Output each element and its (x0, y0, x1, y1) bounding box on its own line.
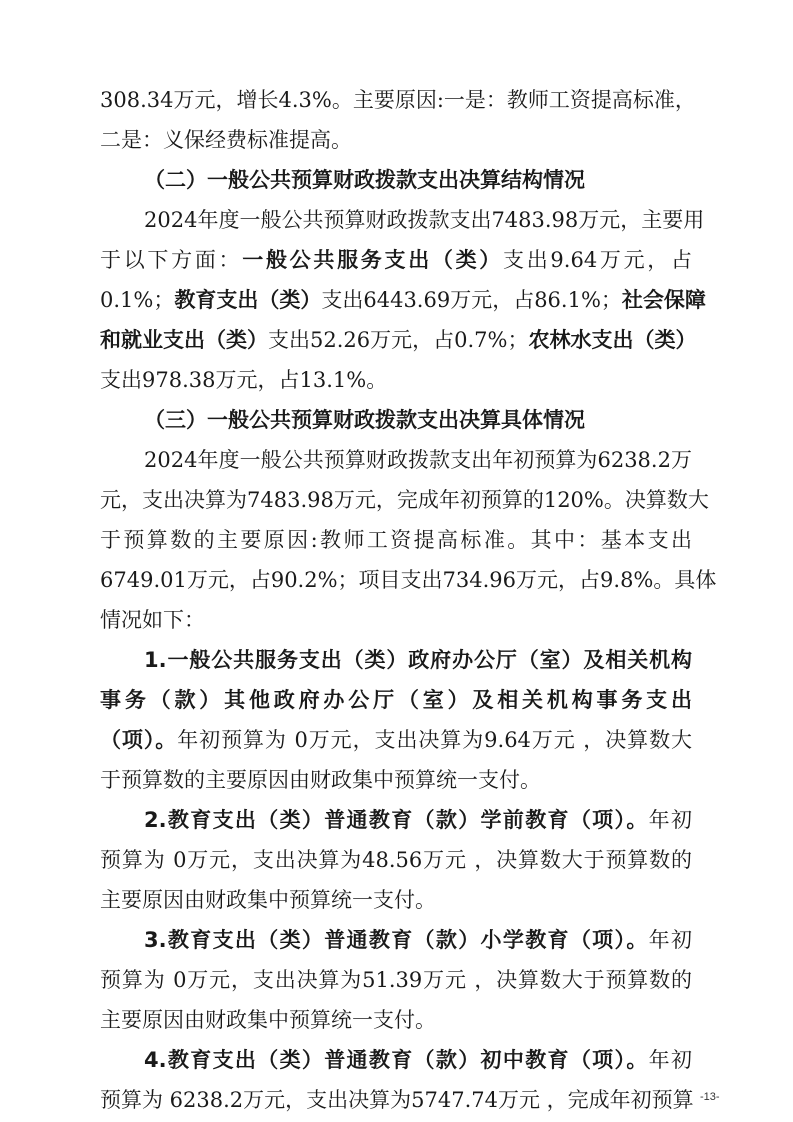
text-line: 支出978.38万元，占13.1%。 (100, 360, 692, 400)
text: 支出978.38万元，占13.1%。 (100, 368, 387, 392)
text-line: 308.34万元，增长4.3%。主要原因:一是：教师工资提高标准， (100, 80, 692, 120)
section-heading: （二）一般公共预算财政拨款支出决算结构情况 (100, 160, 692, 200)
text: 于预算数的主要原因由财政集中预算统一支付。 (100, 768, 541, 792)
text: 预算为 6238.2万元，支出决算为5747.74万元 ，完成年初预算 (100, 1088, 694, 1112)
text: 年初预算为 0万元，支出决算为9.64万元 ，决算数大 (177, 728, 692, 752)
text-line: 3.教育支出（类）普通教育（款）小学教育（项）。年初 (100, 920, 692, 960)
text: 支出6443.69万元，占86.1%； (321, 288, 622, 312)
text-line: 2024年度一般公共预算财政拨款支出年初预算为6238.2万 (100, 440, 692, 480)
text: 二是：义保经费标准提高。 (100, 128, 352, 152)
text: 6749.01万元，占90.2%；项目支出734.96万元，占9.8%。具体 (100, 568, 716, 592)
text-line: 6749.01万元，占90.2%；项目支出734.96万元，占9.8%。具体 (100, 560, 692, 600)
text: 预算为 0万元，支出决算为51.39万元 ，决算数大于预算数的 (100, 968, 692, 992)
bold-text: 农林水支出（类） (528, 328, 696, 352)
text: 年初 (649, 928, 692, 952)
text-line: 预算为 0万元，支出决算为48.56万元 ，决算数大于预算数的 (100, 840, 692, 880)
text: 主要原因由财政集中预算统一支付。 (100, 888, 436, 912)
bold-text: 和就业支出（类） (100, 328, 268, 352)
bold-text: 教育支出（类） (174, 288, 321, 312)
text: 年初 (649, 1048, 692, 1072)
text: 于预算数的主要原因:教师工资提高标准。其中：基本支出 (100, 528, 692, 552)
bold-text: （二）一般公共预算财政拨款支出决算结构情况 (144, 168, 585, 192)
text: 元，支出决算为7483.98万元，完成年初预算的120%。决算数大 (100, 488, 709, 512)
section-heading: （三）一般公共预算财政拨款支出决算具体情况 (100, 400, 692, 440)
document-body: 308.34万元，增长4.3%。主要原因:一是：教师工资提高标准，二是：义保经费… (100, 80, 692, 1120)
text-line: 主要原因由财政集中预算统一支付。 (100, 1000, 692, 1040)
text: 预算为 0万元，支出决算为48.56万元 ，决算数大于预算数的 (100, 848, 692, 872)
bold-text: 社会保障 (622, 288, 706, 312)
text: 情况如下： (100, 608, 205, 632)
text-line: 情况如下： (100, 600, 692, 640)
text-line: 和就业支出（类）支出52.26万元，占0.7%；农林水支出（类） (100, 320, 692, 360)
text-line: 0.1%；教育支出（类）支出6443.69万元，占86.1%；社会保障 (100, 280, 692, 320)
text: 2024年度一般公共预算财政拨款支出年初预算为6238.2万 (144, 448, 692, 472)
bold-text: （三）一般公共预算财政拨款支出决算具体情况 (144, 408, 585, 432)
text-line: 二是：义保经费标准提高。 (100, 120, 692, 160)
bold-text: （项）。 (100, 728, 177, 752)
text: 主要原因由财政集中预算统一支付。 (100, 1008, 436, 1032)
bold-text: 2.教育支出（类）普通教育（款）学前教育（项）。 (144, 808, 649, 832)
page-number: -13- (700, 1091, 720, 1103)
text-line: 4.教育支出（类）普通教育（款）初中教育（项）。年初 (100, 1040, 692, 1080)
bold-text: 一般公共服务支出（类） (242, 248, 503, 272)
text-line: 2024年度一般公共预算财政拨款支出7483.98万元，主要用 (100, 200, 692, 240)
text: 2024年度一般公共预算财政拨款支出7483.98万元，主要用 (144, 208, 704, 232)
text-line: 预算为 0万元，支出决算为51.39万元 ，决算数大于预算数的 (100, 960, 692, 1000)
bold-text: 事务（款）其他政府办公厅（室）及相关机构事务支出 (100, 688, 692, 712)
text-line: 于预算数的主要原因由财政集中预算统一支付。 (100, 760, 692, 800)
text: 于以下方面： (100, 248, 242, 272)
text-line: 元，支出决算为7483.98万元，完成年初预算的120%。决算数大 (100, 480, 692, 520)
text: 支出9.64万元，占 (503, 248, 692, 272)
text-line: 于以下方面：一般公共服务支出（类）支出9.64万元，占 (100, 240, 692, 280)
text-line: （项）。年初预算为 0万元，支出决算为9.64万元 ，决算数大 (100, 720, 692, 760)
text: 年初 (649, 808, 692, 832)
text-line: 预算为 6238.2万元，支出决算为5747.74万元 ，完成年初预算 (100, 1080, 692, 1120)
bold-text: 1.一般公共服务支出（类）政府办公厅（室）及相关机构 (144, 648, 692, 672)
text: 308.34万元，增长4.3%。主要原因:一是：教师工资提高标准， (100, 88, 696, 112)
bold-text: 4.教育支出（类）普通教育（款）初中教育（项）。 (144, 1048, 649, 1072)
bold-text: 3.教育支出（类）普通教育（款）小学教育（项）。 (144, 928, 649, 952)
text-line: 1.一般公共服务支出（类）政府办公厅（室）及相关机构 (100, 640, 692, 680)
text-line: 于预算数的主要原因:教师工资提高标准。其中：基本支出 (100, 520, 692, 560)
text-line: 2.教育支出（类）普通教育（款）学前教育（项）。年初 (100, 800, 692, 840)
text: 0.1%； (100, 288, 174, 312)
text-line: 主要原因由财政集中预算统一支付。 (100, 880, 692, 920)
text-line: 事务（款）其他政府办公厅（室）及相关机构事务支出 (100, 680, 692, 720)
text: 支出52.26万元，占0.7%； (268, 328, 528, 352)
